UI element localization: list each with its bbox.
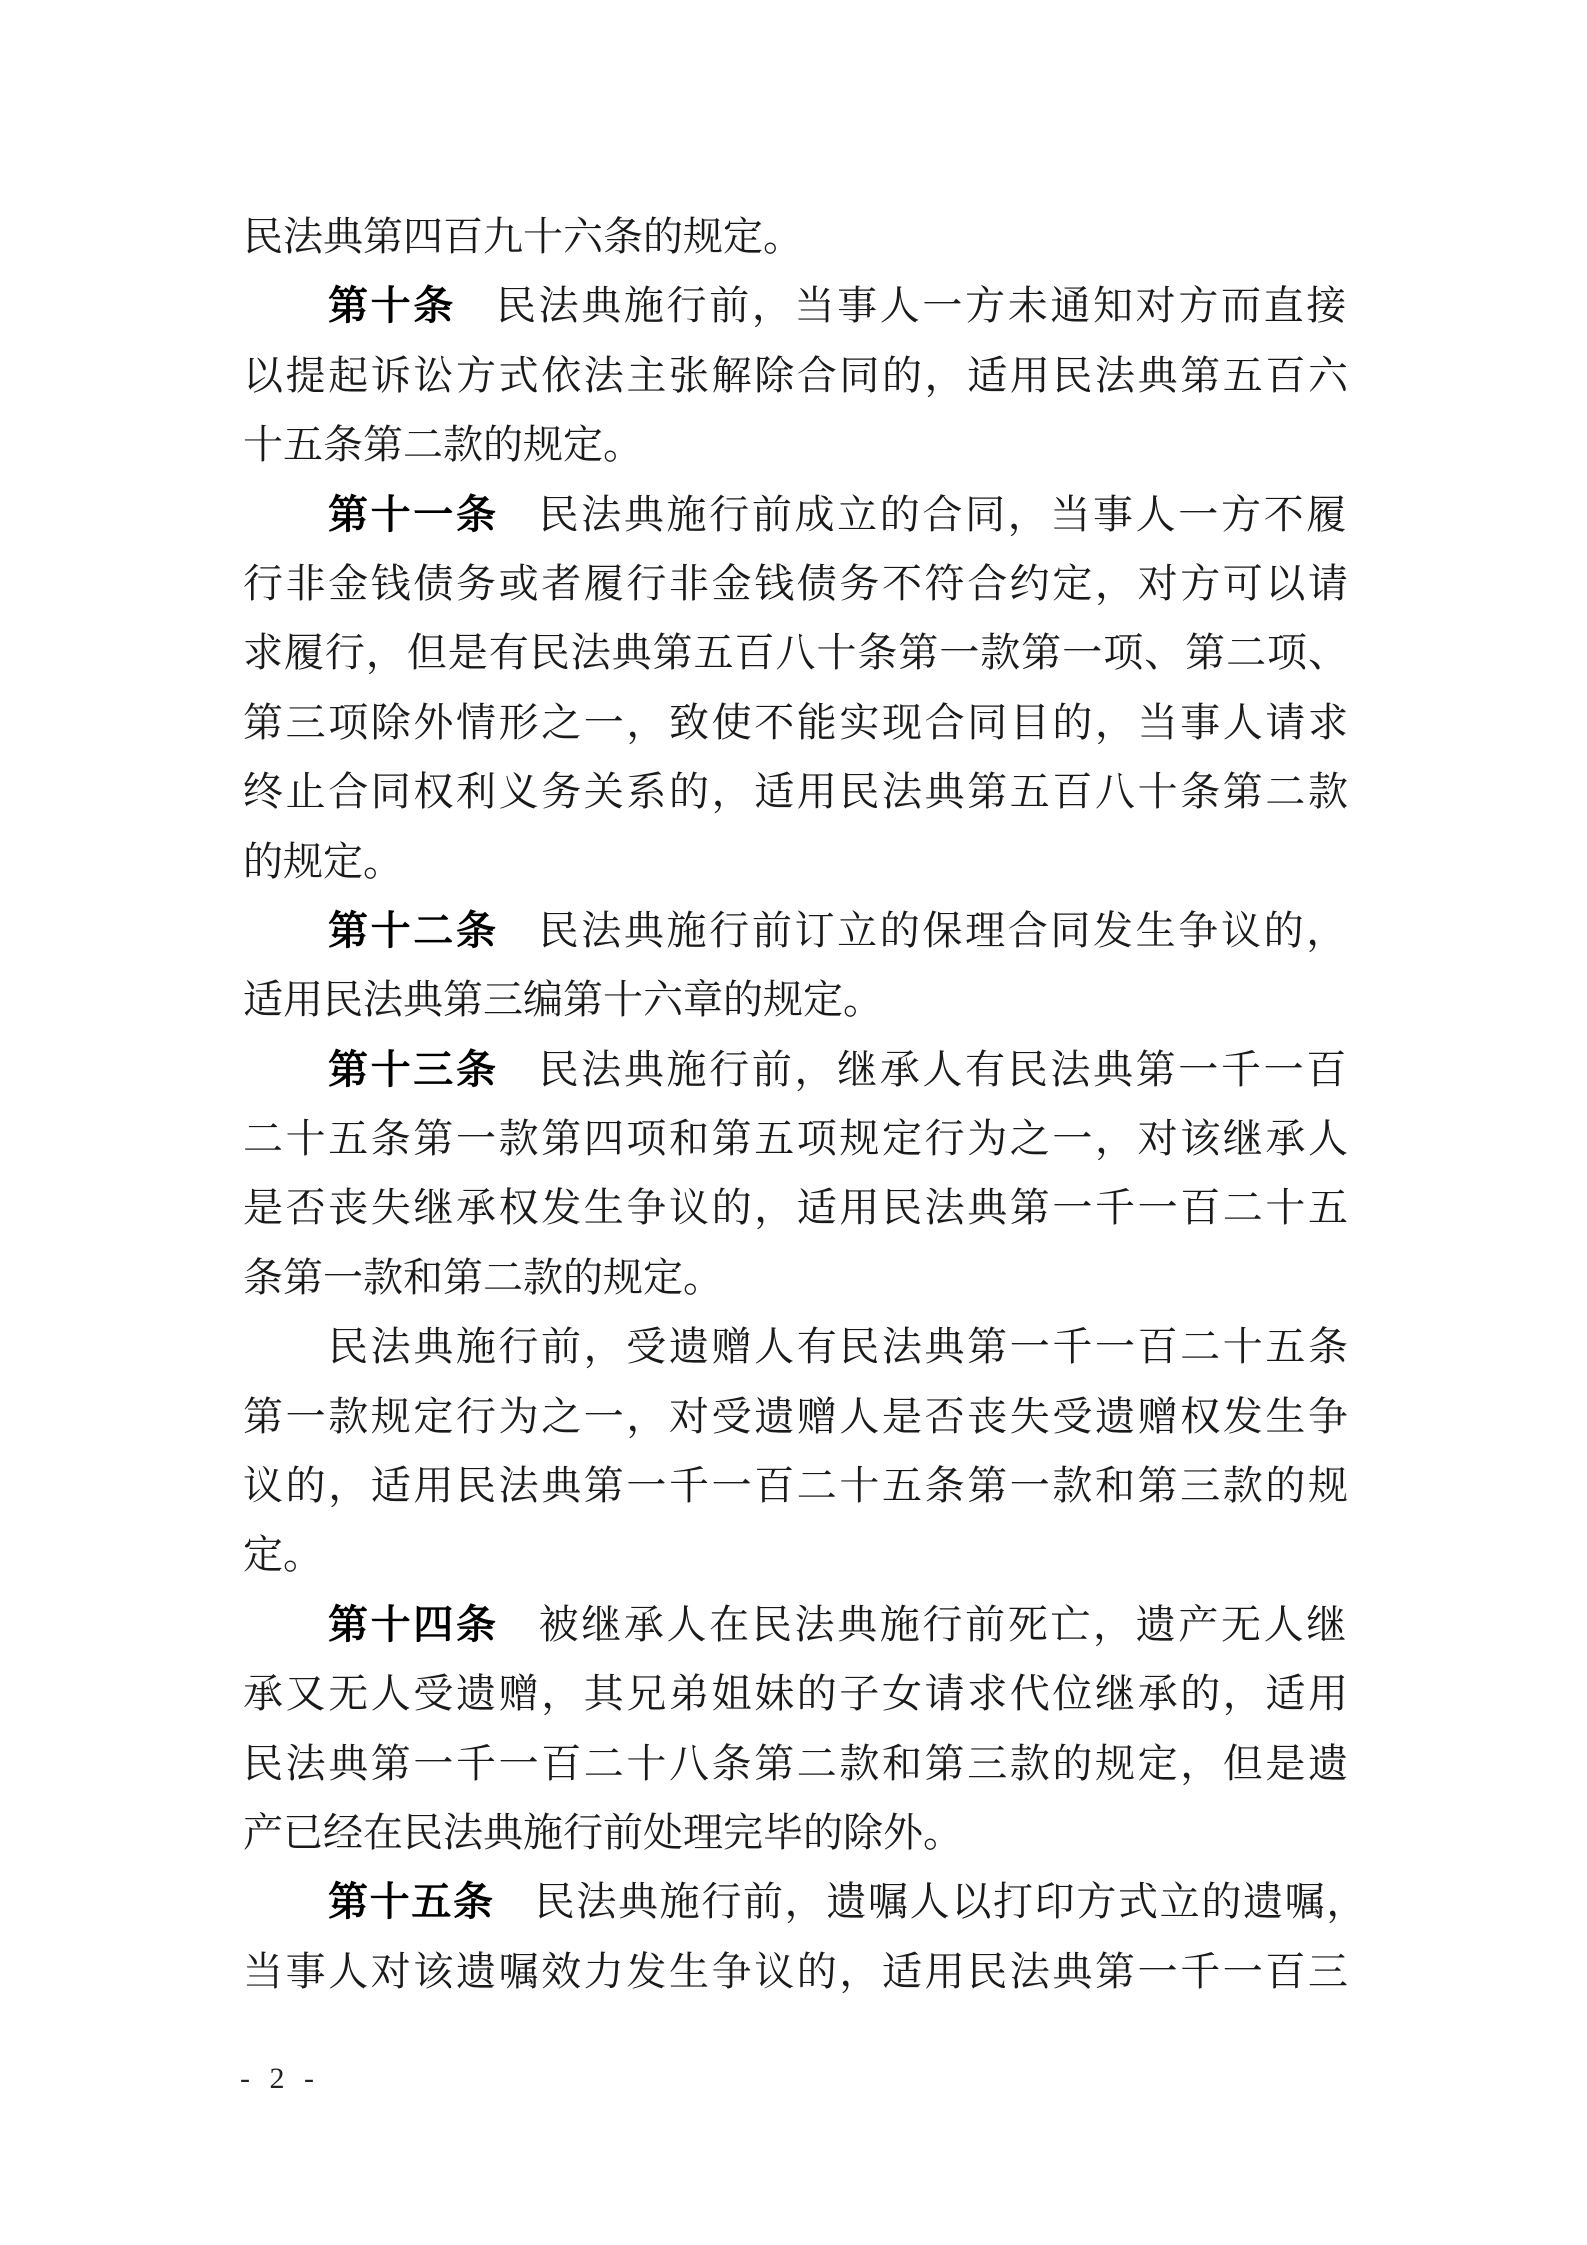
text-line: 十五条第二款的规定。 [243, 411, 1348, 480]
line-text: 民法典施行前，继承人有民法典第一千一百 [539, 1047, 1348, 1093]
text-line: 承又无人受遗赠，其兄弟姐妹的子女请求代位继承的，适用 [243, 1660, 1348, 1729]
text-line: 第十一条民法典施行前成立的合同，当事人一方不履 [243, 481, 1348, 550]
text-line: 以提起诉讼方式依法主张解除合同的，适用民法典第五百六 [243, 342, 1348, 411]
line-text: 的规定。 [243, 839, 403, 885]
text-line: 求履行，但是有民法典第五百八十条第一款第一项、第二项、 [243, 619, 1348, 688]
text-line: 定。 [243, 1521, 1348, 1590]
line-text: 求履行，但是有民法典第五百八十条第一款第一项、第二项、 [243, 630, 1348, 676]
text-line: 是否丧失继承权发生争议的，适用民法典第一千一百二十五 [243, 1174, 1348, 1243]
line-text: 行非金钱债务或者履行非金钱债务不符合约定，对方可以请 [243, 561, 1348, 607]
line-text: 定。 [243, 1532, 323, 1578]
article-heading: 第十四条 [328, 1602, 499, 1648]
line-text: 以提起诉讼方式依法主张解除合同的，适用民法典第五百六 [243, 353, 1348, 399]
article-heading: 第十五条 [328, 1879, 495, 1925]
text-line: 条第一款和第二款的规定。 [243, 1244, 1348, 1313]
line-text: 产已经在民法典施行前处理完毕的除外。 [243, 1810, 963, 1856]
line-text: 终止合同权利义务关系的，适用民法典第五百八十条第二款 [243, 769, 1348, 815]
line-text: 民法典施行前，当事人一方未通知对方而直接 [496, 283, 1348, 329]
text-line: 民法典第四百九十六条的规定。 [243, 203, 1348, 272]
line-text: 第一款规定行为之一，对受遗赠人是否丧失受遗赠权发生争 [243, 1394, 1348, 1440]
text-line: 民法典施行前，受遗赠人有民法典第一千一百二十五条 [243, 1313, 1348, 1382]
line-text: 二十五条第一款第四项和第五项规定行为之一，对该继承人 [243, 1116, 1348, 1162]
page-number: - 2 - [240, 2062, 320, 2096]
text-line: 第十二条民法典施行前订立的保理合同发生争议的， [243, 897, 1348, 966]
line-text: 当事人对该遗嘱效力发生争议的，适用民法典第一千一百三 [243, 1949, 1348, 1995]
text-line: 行非金钱债务或者履行非金钱债务不符合约定，对方可以请 [243, 550, 1348, 619]
text-line: 第十三条民法典施行前，继承人有民法典第一千一百 [243, 1036, 1348, 1105]
line-text: 第三项除外情形之一，致使不能实现合同目的，当事人请求 [243, 700, 1348, 746]
text-line: 第一款规定行为之一，对受遗赠人是否丧失受遗赠权发生争 [243, 1383, 1348, 1452]
text-line: 民法典第一千一百二十八条第二款和第三款的规定，但是遗 [243, 1730, 1348, 1799]
line-text: 民法典第四百九十六条的规定。 [243, 214, 803, 260]
line-text: 条第一款和第二款的规定。 [243, 1255, 723, 1301]
article-heading: 第十二条 [328, 908, 499, 954]
document-page: 民法典第四百九十六条的规定。第十条民法典施行前，当事人一方未通知对方而直接以提起… [0, 0, 1587, 2245]
text-line: 终止合同权利义务关系的，适用民法典第五百八十条第二款 [243, 758, 1348, 827]
text-line: 议的，适用民法典第一千一百二十五条第一款和第三款的规 [243, 1452, 1348, 1521]
document-body: 民法典第四百九十六条的规定。第十条民法典施行前，当事人一方未通知对方而直接以提起… [243, 203, 1348, 2007]
text-line: 的规定。 [243, 828, 1348, 897]
text-line: 第十五条民法典施行前，遗嘱人以打印方式立的遗嘱， [243, 1868, 1348, 1937]
line-text: 民法典施行前，遗嘱人以打印方式立的遗嘱， [535, 1879, 1368, 1925]
line-text: 十五条第二款的规定。 [243, 422, 643, 468]
article-heading: 第十一条 [328, 492, 499, 538]
text-line: 当事人对该遗嘱效力发生争议的，适用民法典第一千一百三 [243, 1938, 1348, 2007]
line-text: 是否丧失继承权发生争议的，适用民法典第一千一百二十五 [243, 1185, 1348, 1231]
article-heading: 第十三条 [328, 1047, 499, 1093]
text-line: 第三项除外情形之一，致使不能实现合同目的，当事人请求 [243, 689, 1348, 758]
line-text: 民法典施行前，受遗赠人有民法典第一千一百二十五条 [328, 1324, 1348, 1370]
line-text: 民法典施行前订立的保理合同发生争议的， [539, 908, 1348, 954]
line-text: 民法典施行前成立的合同，当事人一方不履 [539, 492, 1348, 538]
text-line: 产已经在民法典施行前处理完毕的除外。 [243, 1799, 1348, 1868]
line-text: 民法典第一千一百二十八条第二款和第三款的规定，但是遗 [243, 1741, 1348, 1787]
text-line: 适用民法典第三编第十六章的规定。 [243, 966, 1348, 1035]
text-line: 二十五条第一款第四项和第五项规定行为之一，对该继承人 [243, 1105, 1348, 1174]
line-text: 被继承人在民法典施行前死亡，遗产无人继 [539, 1602, 1348, 1648]
text-line: 第十四条被继承人在民法典施行前死亡，遗产无人继 [243, 1591, 1348, 1660]
line-text: 适用民法典第三编第十六章的规定。 [243, 977, 883, 1023]
line-text: 议的，适用民法典第一千一百二十五条第一款和第三款的规 [243, 1463, 1348, 1509]
text-line: 第十条民法典施行前，当事人一方未通知对方而直接 [243, 272, 1348, 341]
article-heading: 第十条 [328, 283, 456, 329]
line-text: 承又无人受遗赠，其兄弟姐妹的子女请求代位继承的，适用 [243, 1671, 1348, 1717]
